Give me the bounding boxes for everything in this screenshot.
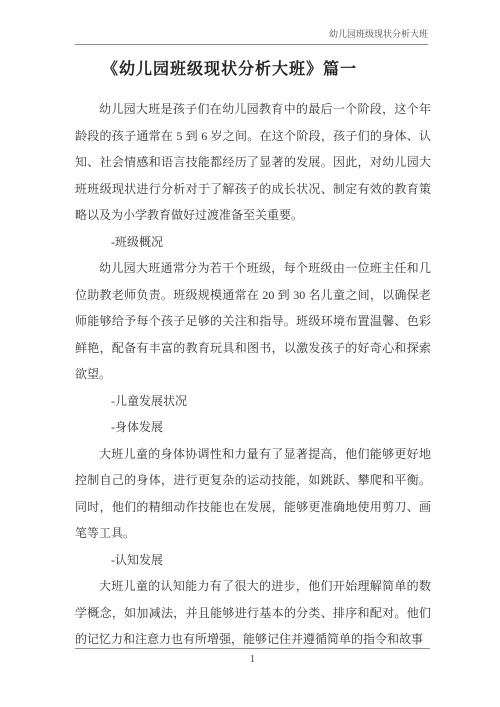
- paragraph-cognitive-development: 大班儿童的认知能力有了很大的进步，他们开始理解简单的数学概念，如加减法，并且能够…: [75, 573, 431, 653]
- paragraph-class-overview: 幼儿园大班通常分为若干个班级，每个班级由一位班主任和几位助教老师负责。班级规模通…: [75, 255, 431, 388]
- document-page: 幼儿园班级现状分析大班 《幼儿园班级现状分析大班》篇一 幼儿园大班是孩子们在幼儿…: [0, 0, 500, 707]
- page-number: 1: [250, 653, 255, 666]
- subheading-child-development: -儿童发展状况: [75, 388, 431, 415]
- document-body: 幼儿园大班是孩子们在幼儿园教育中的最后一个阶段，这个年龄段的孩子通常在 5 到 …: [75, 96, 431, 653]
- document-title: 《幼儿园班级现状分析大班》篇一: [75, 57, 431, 83]
- subheading-class-overview: -班级概况: [75, 229, 431, 256]
- page-footer: 1: [75, 648, 430, 667]
- subheading-physical-development: -身体发展: [75, 414, 431, 441]
- document-content: 《幼儿园班级现状分析大班》篇一 幼儿园大班是孩子们在幼儿园教育中的最后一个阶段，…: [75, 0, 431, 653]
- paragraph-physical-development: 大班儿童的身体协调性和力量有了显著提高，他们能够更好地控制自己的身体，进行更复杂…: [75, 441, 431, 547]
- subheading-cognitive-development: -认知发展: [75, 547, 431, 574]
- paragraph-intro: 幼儿园大班是孩子们在幼儿园教育中的最后一个阶段，这个年龄段的孩子通常在 5 到 …: [75, 96, 431, 229]
